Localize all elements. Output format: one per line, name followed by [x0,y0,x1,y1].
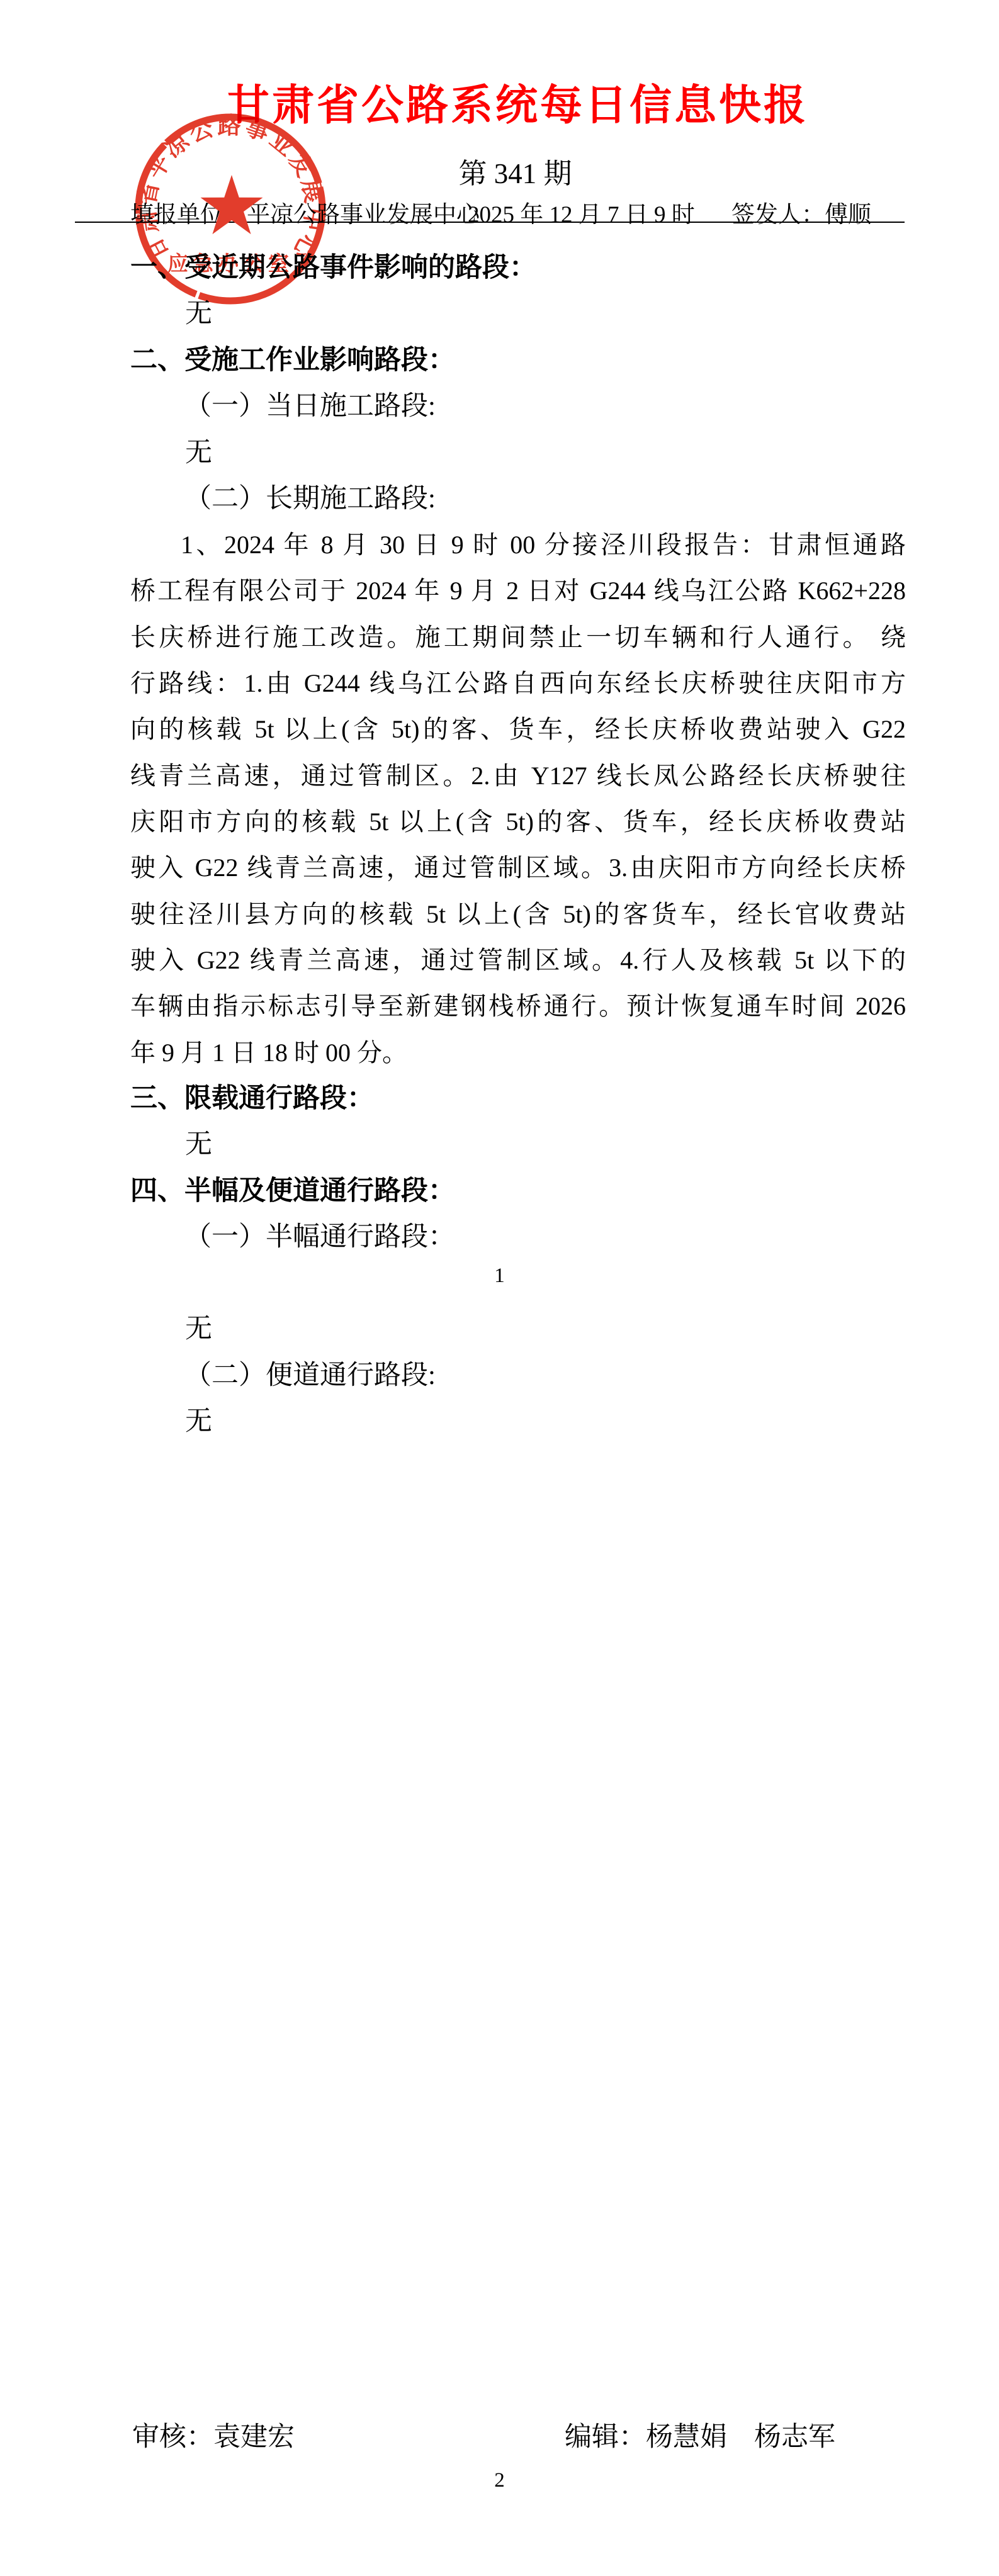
star-icon [201,175,263,234]
paragraph-line: 桥工程有限公司于 2024 年 9 月 2 日对 G244 线乌江公路 K662… [130,574,906,608]
paragraph-line: 庆阳市方向的核载 5t 以上(含 5t)的客、货车，经长庆桥收费站 [130,805,906,839]
section-4-1-none: 无 [185,1312,212,1346]
paragraph-line: 驶入 G22 线青兰高速，通过管制区域。4.行人及核载 5t 以下的 [130,943,906,977]
report-datetime: 2025 年 12 月 7 日 9 时 [468,202,695,228]
footer-editors: 编辑：杨慧娟 杨志军 [565,2421,835,2455]
bulletin-page: 甘肃省公路系统每日信息快报 第 341 期 填报单位：平凉公路事业发展中心 20… [0,0,999,2576]
section-4-2-subheading: （二）便道通行路段: [184,1359,436,1393]
paragraph-line: 驶往泾川县方向的核载 5t 以上(含 5t)的客货车，经长官收费站 [130,897,906,931]
section-3-none: 无 [185,1128,212,1162]
section-2-1-subheading: （一）当日施工路段: [184,390,436,424]
section-3-heading: 三、限载通行路段： [130,1082,374,1116]
page-number-1: 1 [0,1264,999,1288]
paragraph-line: 行路线：1.由 G244 线乌江公路自西向东经长庆桥驶往庆阳市方 [130,666,906,700]
stamp-star-layer [113,94,353,334]
section-4-2-none: 无 [185,1405,212,1439]
page-number-2: 2 [0,2468,999,2492]
footer-reviewer: 审核：袁建宏 [132,2421,295,2455]
paragraph-line: 向的核载 5t 以上(含 5t)的客、货车，经长庆桥收费站驶入 G22 [130,712,906,746]
paragraph-line: 驶入 G22 线青兰高速，通过管制区域。3.由庆阳市方向经长庆桥 [130,851,906,885]
issuer: 签发人：傅顺 [731,202,871,228]
section-2-heading: 二、受施工作业影响路段： [130,344,455,378]
paragraph-line: 1、2024 年 8 月 30 日 9 时 00 分接泾川段报告：甘肃恒通路 [130,528,906,562]
paragraph-line: 车辆由指示标志引导至新建钢栈桥通行。预计恢复通车时间 2026 [130,989,906,1023]
section-4-heading: 四、半幅及便道通行路段： [130,1174,455,1208]
section-4-1-subheading: （一）半幅通行路段： [184,1220,455,1254]
paragraph-line: 年 9 月 1 日 18 时 00 分。 [130,1036,906,1070]
paragraph-line: 线青兰高速，通过管制区。2.由 Y127 线长凤公路经长庆桥驶往 [130,759,906,793]
paragraph-line: 长庆桥进行施工改造。施工期间禁止一切车辆和行人通行。 绕 [130,621,906,655]
section-2-2-subheading: （二）长期施工路段: [184,482,436,516]
section-2-1-none: 无 [185,436,212,470]
